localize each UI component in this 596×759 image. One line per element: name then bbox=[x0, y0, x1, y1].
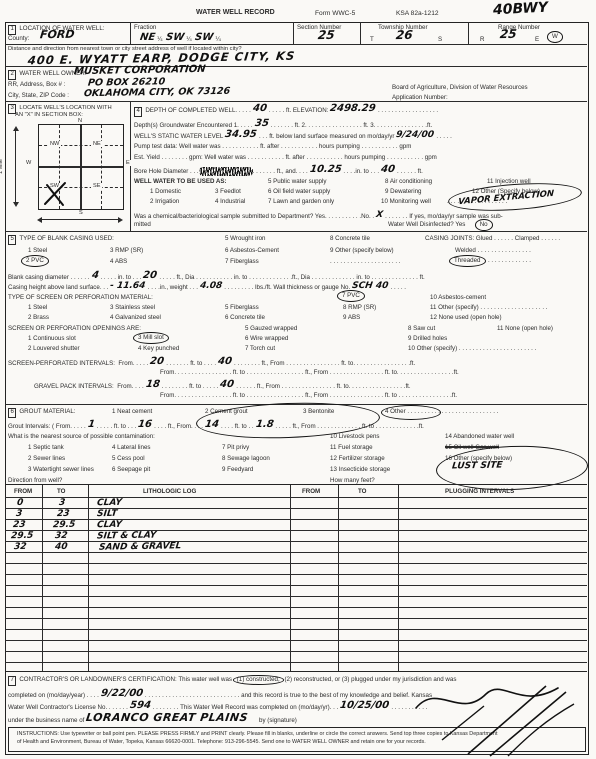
casing-height-value: - 11.64 bbox=[108, 281, 149, 291]
fraction-q1: NE bbox=[137, 32, 158, 43]
option: 13 Insecticide storage bbox=[330, 466, 390, 474]
sample-line: Was a chemical/bacteriological sample su… bbox=[134, 211, 503, 221]
divider bbox=[293, 22, 294, 44]
option: 9 Drilled holes bbox=[408, 335, 447, 343]
column-header: FROM bbox=[302, 488, 320, 496]
county-value: FORD bbox=[39, 28, 75, 42]
log-to: 29.5 bbox=[52, 520, 75, 530]
signature bbox=[408, 680, 588, 758]
mile-arrow-up bbox=[13, 126, 19, 131]
option: 1 Neat cement bbox=[112, 408, 152, 416]
option: 6 Asbestos-Cement bbox=[225, 247, 279, 255]
screen-intervals-line2: From. . . . . . . . . . . . . . . . . ft… bbox=[160, 369, 459, 377]
contamination-other-value: LUST SITE bbox=[451, 461, 503, 472]
dots: . . . . . bbox=[436, 133, 451, 140]
casing-weight-value: 4.08 bbox=[197, 281, 225, 291]
divider bbox=[5, 404, 587, 405]
divider bbox=[5, 231, 587, 232]
grout-from1: 1 bbox=[85, 419, 98, 430]
range-w-circled: W bbox=[548, 33, 562, 41]
est-yield-line: Est. Yield . . . . . . . . gpm: Well wat… bbox=[134, 154, 437, 162]
quadrant-ne: NE bbox=[91, 141, 103, 147]
compass-w: W bbox=[24, 160, 33, 166]
mile-label: 1 Mile bbox=[0, 159, 5, 174]
gravel-to-value: 40 bbox=[218, 379, 237, 390]
option: 5 Fiberglass bbox=[225, 304, 259, 312]
form-number: Form WWC-5 bbox=[315, 10, 355, 18]
column-header: TO bbox=[358, 488, 366, 496]
label: Grout Intervals: bbox=[8, 423, 50, 430]
dots: . . . . . . . . . . . . . . . . . . bbox=[378, 107, 438, 114]
table-divider bbox=[290, 485, 291, 671]
disinfected-label: Water Well Disinfected? Yes bbox=[388, 221, 465, 228]
mill-slot-circled: 3 Mill slot bbox=[134, 334, 168, 342]
option: 2 Louvered shutter bbox=[28, 345, 80, 353]
joint-threaded-selected: Threaded bbox=[449, 255, 486, 267]
casing-title: TYPE OF BLANK CASING USED: bbox=[19, 235, 114, 242]
mile-scale-line bbox=[15, 130, 16, 202]
dots: . . . . . . . . . . . . . . bbox=[485, 257, 531, 264]
grout-to1: 16 bbox=[135, 419, 154, 430]
option: 1 Steel bbox=[28, 304, 47, 312]
dots: . . . . . bbox=[391, 284, 406, 291]
option: 2 Irrigation bbox=[150, 198, 179, 206]
dots: . . . . . . . . ft., From . . . . . . . … bbox=[234, 360, 415, 367]
option: 8 Sewage lagoon bbox=[222, 455, 270, 463]
option: 6 Seepage pit bbox=[112, 466, 150, 474]
dots: . . . . . . . ft. 2. . . . . . . . . . .… bbox=[271, 122, 433, 129]
section-number-badge: 7 bbox=[8, 676, 16, 686]
option: 1 Continuous slot bbox=[28, 335, 76, 343]
divider bbox=[130, 22, 131, 44]
certification-text: . . . . . . . . . . . . . . . . . . . . … bbox=[145, 692, 432, 699]
certification-line2: completed on (mo/day/year) . . . .9/22/0… bbox=[8, 689, 432, 700]
joint-threaded-line: Threaded. . . . . . . . . . . . . . bbox=[450, 257, 531, 265]
depth-value: 40 bbox=[250, 103, 269, 114]
section-number-badge: 2 bbox=[8, 70, 16, 80]
well-location-x-mark bbox=[41, 179, 71, 207]
screen-to-value: 40 bbox=[215, 356, 234, 367]
dots: . . . . . ft. to . . . bbox=[97, 423, 137, 430]
option-struck: 15 Oil well Gas well bbox=[445, 444, 499, 452]
table-divider bbox=[5, 640, 587, 641]
option: 9 Feedyard bbox=[222, 466, 253, 474]
swl-value: 34.95 bbox=[223, 129, 260, 140]
certification-line4: under the business name ofLORANCO GREAT … bbox=[8, 712, 297, 725]
option: 11 None (open hole) bbox=[497, 325, 553, 333]
sample-line-cont: mitted bbox=[134, 221, 151, 229]
table-divider bbox=[5, 508, 587, 509]
bore-hole-line: Bore Hole Diameter . . .. . . . . . . ft… bbox=[134, 165, 423, 176]
log-desc: SAND & GRAVEL bbox=[98, 541, 181, 552]
swl-label: WELL'S STATIC WATER LEVEL bbox=[134, 133, 223, 140]
grout-intervals-line: Grout Intervals: ( From. . . . .1. . . .… bbox=[8, 420, 424, 431]
dots: . . . . . . . . . . . . . . . . . . . . … bbox=[330, 258, 400, 266]
option: 8 Concrete tile bbox=[330, 235, 370, 243]
log-desc: CLAY bbox=[96, 498, 122, 508]
owner-city-label: City, State, ZIP Code : bbox=[8, 92, 69, 100]
section-number-badge: 4 bbox=[134, 107, 142, 117]
table-divider bbox=[5, 629, 587, 630]
table-divider bbox=[5, 585, 587, 586]
dots: . . . . . ft., bbox=[275, 423, 299, 430]
option: 1 Septic tank bbox=[28, 444, 64, 452]
option: 6 Concrete tile bbox=[225, 314, 265, 322]
dots: . . . .in. to . . . bbox=[343, 168, 379, 175]
mile-arrow-down bbox=[13, 202, 19, 207]
sample-no-x: X bbox=[373, 210, 385, 220]
option: 9 Dewatering bbox=[385, 188, 421, 196]
table-divider bbox=[5, 530, 587, 531]
log-from: 3 bbox=[15, 509, 22, 519]
section-number-badge: 6 bbox=[8, 408, 16, 418]
option: 8 RMP (SR) bbox=[343, 304, 376, 312]
table-divider bbox=[5, 662, 587, 663]
pump-test-line: Pump test data: Well water was . . . . .… bbox=[134, 143, 411, 151]
fraction-value: NE¼ SW¼ SW¼ bbox=[138, 33, 221, 44]
swl-mid: . . . ft. below land surface measured on… bbox=[259, 133, 395, 140]
log-from: 32 bbox=[13, 542, 27, 552]
log-desc: SILT bbox=[96, 509, 117, 519]
disinfected-no: No bbox=[475, 219, 493, 231]
screen-from-value: 20 bbox=[148, 356, 167, 367]
table-divider bbox=[338, 485, 339, 671]
dots: . . . .in., weight . . . bbox=[148, 284, 198, 291]
option: 3 Bentonite bbox=[303, 408, 334, 416]
dots: From. . . . bbox=[177, 423, 203, 430]
option: 5 Cess pool bbox=[112, 455, 145, 463]
table-divider bbox=[5, 651, 587, 652]
column-header: TO bbox=[57, 488, 65, 496]
elevation-value: 2498.29 bbox=[328, 103, 379, 114]
fraction-label: Fraction bbox=[134, 24, 156, 32]
option: 5 Wrought iron bbox=[225, 235, 265, 243]
dots: . . . . . . ft., From . . . . . . . . . … bbox=[236, 383, 410, 390]
joint-welded: Welded . . . . . . . . . . . . . . . . bbox=[455, 247, 531, 255]
option: 11 Fuel storage bbox=[330, 444, 373, 452]
casing-pvc-circled: 2 PVC bbox=[22, 257, 48, 265]
water-well-record-form: WATER WELL RECORD Form WWC-5 KSA 82a-121… bbox=[0, 0, 596, 759]
compass-s: S bbox=[77, 210, 85, 216]
gravel-intervals-line: GRAVEL PACK INTERVALS: From. . . .18. . … bbox=[34, 380, 411, 391]
log-desc: CLAY bbox=[96, 520, 122, 530]
mile-arrow-right bbox=[118, 217, 123, 223]
table-divider bbox=[88, 485, 89, 671]
label: Blank casing diameter . . . . . . bbox=[8, 274, 90, 281]
option-selected: 3 Mill slot bbox=[133, 332, 169, 344]
table-divider bbox=[5, 607, 587, 608]
column-header: LITHOLOGIC LOG bbox=[143, 488, 196, 496]
gravel-intervals-line2: From. . . . . . . . . . . . . . . . . ft… bbox=[160, 392, 457, 400]
table-divider bbox=[42, 485, 43, 671]
option: 4 Galvanized steel bbox=[110, 314, 161, 322]
sample-question: Was a chemical/bacteriological sample su… bbox=[134, 213, 374, 220]
option: 2 Cement grout bbox=[205, 408, 248, 416]
grid-dash bbox=[101, 125, 102, 209]
option: 3 Feedlot bbox=[215, 188, 241, 196]
grout-title-line: 6GROUT MATERIAL: bbox=[8, 408, 76, 418]
casing-title-line: 5TYPE OF BLANK CASING USED: bbox=[8, 235, 114, 245]
secbox-title1: LOCATE WELL'S LOCATION WITH bbox=[19, 105, 111, 111]
dots: . . . . ft. to . . bbox=[221, 423, 254, 430]
casing-diameter-value: 4 bbox=[89, 270, 102, 281]
table-divider bbox=[5, 596, 587, 597]
business-name: LORANCO GREAT PLAINS bbox=[83, 711, 251, 724]
dots: . . . . . in. to . . . bbox=[100, 274, 141, 281]
column-header: FROM bbox=[14, 488, 32, 496]
option: 2 Sewer lines bbox=[28, 455, 65, 463]
option: 4 ABS bbox=[110, 258, 127, 266]
table-divider bbox=[5, 497, 587, 498]
option: 2 Brass bbox=[28, 314, 49, 322]
application-number-label: Application Number: bbox=[392, 94, 448, 102]
label: Casing height above land surface. . . bbox=[8, 284, 108, 291]
range-e: E bbox=[535, 36, 539, 44]
option: 10 Asbestos-cement bbox=[430, 294, 486, 302]
option: 7 Pit privy bbox=[222, 444, 249, 452]
table-divider bbox=[5, 618, 587, 619]
divider bbox=[130, 101, 131, 231]
dots: . . . . . . ft. bbox=[397, 168, 423, 175]
dots: From. . . . bbox=[117, 383, 143, 390]
grid-centerline bbox=[39, 166, 123, 168]
log-to: 32 bbox=[54, 531, 68, 541]
gw-depth1: 35 bbox=[252, 118, 271, 129]
depth-mid: . . . . . ft. ELEVATION: bbox=[269, 107, 329, 114]
fraction-q3: SW bbox=[192, 32, 216, 43]
log-from: 0 bbox=[16, 498, 23, 508]
grout-from2: 14 bbox=[202, 419, 221, 430]
section-number-badge: 5 bbox=[8, 235, 16, 245]
label: under the business name of bbox=[8, 717, 84, 724]
option: 6 Wire wrapped bbox=[245, 335, 288, 343]
option: 5 Gauzed wrapped bbox=[245, 325, 297, 333]
section-number-value: 25 bbox=[317, 28, 335, 42]
certification-line1: 7CONTRACTOR'S OR LANDOWNER'S CERTIFICATI… bbox=[8, 676, 456, 686]
divider bbox=[468, 22, 469, 44]
option: 7 Lawn and garden only bbox=[268, 198, 334, 206]
option: 7 Fiberglass bbox=[225, 258, 259, 266]
range-w: W bbox=[547, 31, 563, 43]
quadrant-se: SE bbox=[91, 183, 102, 189]
dots: . . . . ft., bbox=[154, 423, 175, 430]
owner-name: MUSKET CORPORATION bbox=[73, 64, 206, 77]
column-header: PLUGGING INTERVALS bbox=[445, 488, 514, 496]
signature-label: by (signature) bbox=[259, 717, 297, 724]
divider bbox=[360, 22, 361, 44]
option: 1 Domestic bbox=[150, 188, 181, 196]
contamination-title: What is the nearest source of possible c… bbox=[8, 433, 155, 441]
static-level-line: WELL'S STATIC WATER LEVEL34.95. . . ft. … bbox=[134, 130, 452, 141]
divider bbox=[5, 101, 587, 102]
quarter-glyph: ¼ bbox=[186, 36, 191, 43]
groundwater-line: Depth(s) Groundwater Encountered 1. . . … bbox=[134, 119, 432, 130]
instructions-line2: of Health and Environment, Bureau of Wat… bbox=[17, 739, 426, 746]
option: 9 ABS bbox=[343, 314, 360, 322]
bore-label: Bore Hole Diameter . . . bbox=[134, 168, 199, 175]
screen-pvc-circled: 7 PVC bbox=[338, 292, 364, 300]
option: 1 Steel bbox=[28, 247, 47, 255]
depth-label: DEPTH OF COMPLETED WELL. . . . . bbox=[145, 107, 251, 114]
quarter-glyph: ¼ bbox=[157, 36, 162, 43]
option: 5 Public water supply bbox=[268, 178, 326, 186]
log-desc: SILT & CLAY bbox=[96, 530, 156, 541]
handwritten-code: 40BWY bbox=[493, 0, 549, 18]
lithologic-table: FROM TO LITHOLOGIC LOG FROM TO PLUGGING … bbox=[5, 484, 587, 672]
option: 14 Abandoned water well bbox=[445, 433, 514, 441]
scribbled-out-value bbox=[199, 167, 253, 176]
grout-title: GROUT MATERIAL: bbox=[19, 408, 75, 415]
gravel-from-value: 18 bbox=[143, 379, 162, 390]
option: 4 Lateral lines bbox=[112, 444, 151, 452]
option: 8 Saw cut bbox=[408, 325, 435, 333]
swl-date: 9/24/00 bbox=[394, 130, 437, 140]
certification-text: CONTRACTOR'S OR LANDOWNER'S CERTIFICATIO… bbox=[19, 676, 232, 683]
compass-e: E bbox=[124, 160, 132, 166]
log-to: 3 bbox=[58, 498, 65, 508]
table-divider bbox=[398, 485, 399, 671]
option: 4 Other . . . . . . . . . . . . . . . . … bbox=[385, 408, 498, 416]
township-s: S bbox=[438, 36, 442, 44]
dots: From . . . . . . . . . . . . . ft. to . … bbox=[301, 423, 424, 430]
divider bbox=[5, 44, 587, 45]
completion-date: 9/22/00 bbox=[98, 688, 146, 699]
owner-address-label: RR, Address, Box # : bbox=[8, 81, 65, 89]
option: 10 Livestock pens bbox=[330, 433, 380, 441]
casing-depth-value: 20 bbox=[141, 270, 160, 281]
township-value: 26 bbox=[395, 28, 413, 42]
quadrant-nw: NW bbox=[48, 141, 61, 147]
range-value: 25 bbox=[499, 27, 517, 41]
dots: From. . . . . bbox=[118, 360, 148, 367]
option: 7 Torch cut bbox=[245, 345, 275, 353]
dots: ( From. . . . . bbox=[52, 423, 86, 430]
township-t: T bbox=[370, 36, 374, 44]
dots: . . . . . . . . ft. to . . . . . bbox=[162, 383, 219, 390]
option: 3 Stainless steel bbox=[110, 304, 155, 312]
gw-label: Depth(s) Groundwater Encountered 1. . . … bbox=[134, 122, 253, 129]
table-divider bbox=[5, 574, 587, 575]
license-number: 594 bbox=[127, 700, 153, 711]
option-selected: 7 PVC bbox=[337, 290, 365, 302]
log-to: 40 bbox=[54, 542, 68, 552]
mile-arrow-left bbox=[37, 217, 42, 223]
log-to: 23 bbox=[56, 509, 70, 519]
casing-joints-label: CASING JOINTS: Glued . . . . . . Clamped… bbox=[425, 235, 560, 243]
dots: . . . . . . . ft., and. . . . bbox=[253, 168, 308, 175]
secbox-title2: AN "X" IN SECTION BOX: bbox=[15, 112, 83, 119]
label: completed on (mo/day/year) . . . . bbox=[8, 692, 99, 699]
label: SCREEN-PERFORATED INTERVALS: bbox=[8, 360, 115, 367]
section-grid: NW NE SW SE bbox=[38, 124, 124, 210]
table-divider bbox=[5, 563, 587, 564]
label: . . . . . . . . This Water Well Record w… bbox=[153, 704, 339, 711]
log-from: 29.5 bbox=[10, 531, 33, 541]
section-number-badge: 1 bbox=[8, 25, 16, 35]
label: . . . . . . . . . lbs./ft. Wall thicknes… bbox=[224, 284, 350, 291]
option: 11 Injection well bbox=[487, 178, 531, 186]
table-divider bbox=[5, 519, 587, 520]
screen-material-title: TYPE OF SCREEN OR PERFORATION MATERIAL: bbox=[8, 294, 153, 302]
label: GRAVEL PACK INTERVALS: bbox=[34, 383, 114, 390]
disinfected-line: Water Well Disinfected? Yes No bbox=[388, 221, 492, 229]
option: 9 Other (specify below) bbox=[330, 247, 394, 255]
screen-intervals-line: SCREEN-PERFORATED INTERVALS: From. . . .… bbox=[8, 357, 415, 368]
bore-diameter-value: 10.25 bbox=[307, 164, 344, 175]
option-selected: 2 PVC bbox=[21, 255, 49, 267]
use-title: WELL WATER TO BE USED AS: bbox=[134, 178, 227, 186]
option: 10 Other (specify) . . . . . . . . . . .… bbox=[408, 345, 536, 353]
fraction-q2: SW bbox=[163, 32, 187, 43]
record-date: 10/25/00 bbox=[338, 700, 393, 711]
openings-title: SCREEN OR PERFORATION OPENINGS ARE: bbox=[8, 325, 141, 333]
quarter-glyph: ¼ bbox=[215, 36, 220, 43]
option: 8 Air conditioning bbox=[385, 178, 432, 186]
table-divider bbox=[5, 541, 587, 542]
mile-scale-bottom bbox=[40, 219, 120, 220]
dots: . . . . . . . ft. to . . . . bbox=[166, 360, 216, 367]
option: 4 Key punched bbox=[138, 345, 179, 353]
grout-to2: 1.8 bbox=[253, 419, 276, 430]
county-label: County: bbox=[8, 35, 29, 43]
table-divider bbox=[5, 552, 587, 553]
option: 3 Watertight sewer lines bbox=[28, 466, 94, 474]
label: Water Well Contractor's License No. . . … bbox=[8, 704, 128, 711]
constructed-circled: (1) constructed, bbox=[233, 675, 284, 685]
dots: . . . . . ft., Dia . . . . . . . . . . .… bbox=[159, 274, 424, 281]
statute-label: KSA 82a-1212 bbox=[396, 10, 439, 18]
option: 10 Monitoring well bbox=[381, 198, 431, 206]
option: 4 Industrial bbox=[215, 198, 245, 206]
bore-depth-value: 40 bbox=[378, 164, 397, 175]
board-label: Board of Agriculture, Division of Water … bbox=[392, 84, 528, 92]
option: 12 None used (open hole) bbox=[430, 314, 502, 322]
depth-line: 4DEPTH OF COMPLETED WELL. . . . .40. . .… bbox=[134, 104, 438, 117]
option: 6 Oil field water supply bbox=[268, 188, 330, 196]
option: 12 Fertilizer storage bbox=[330, 455, 385, 463]
option: 3 RMP (SR) bbox=[110, 247, 143, 255]
log-from: 23 bbox=[12, 520, 26, 530]
form-title: WATER WELL RECORD bbox=[196, 9, 275, 18]
range-r: R bbox=[480, 36, 484, 44]
option: 11 Other (specify) . . . . . . . . . . .… bbox=[430, 304, 547, 312]
